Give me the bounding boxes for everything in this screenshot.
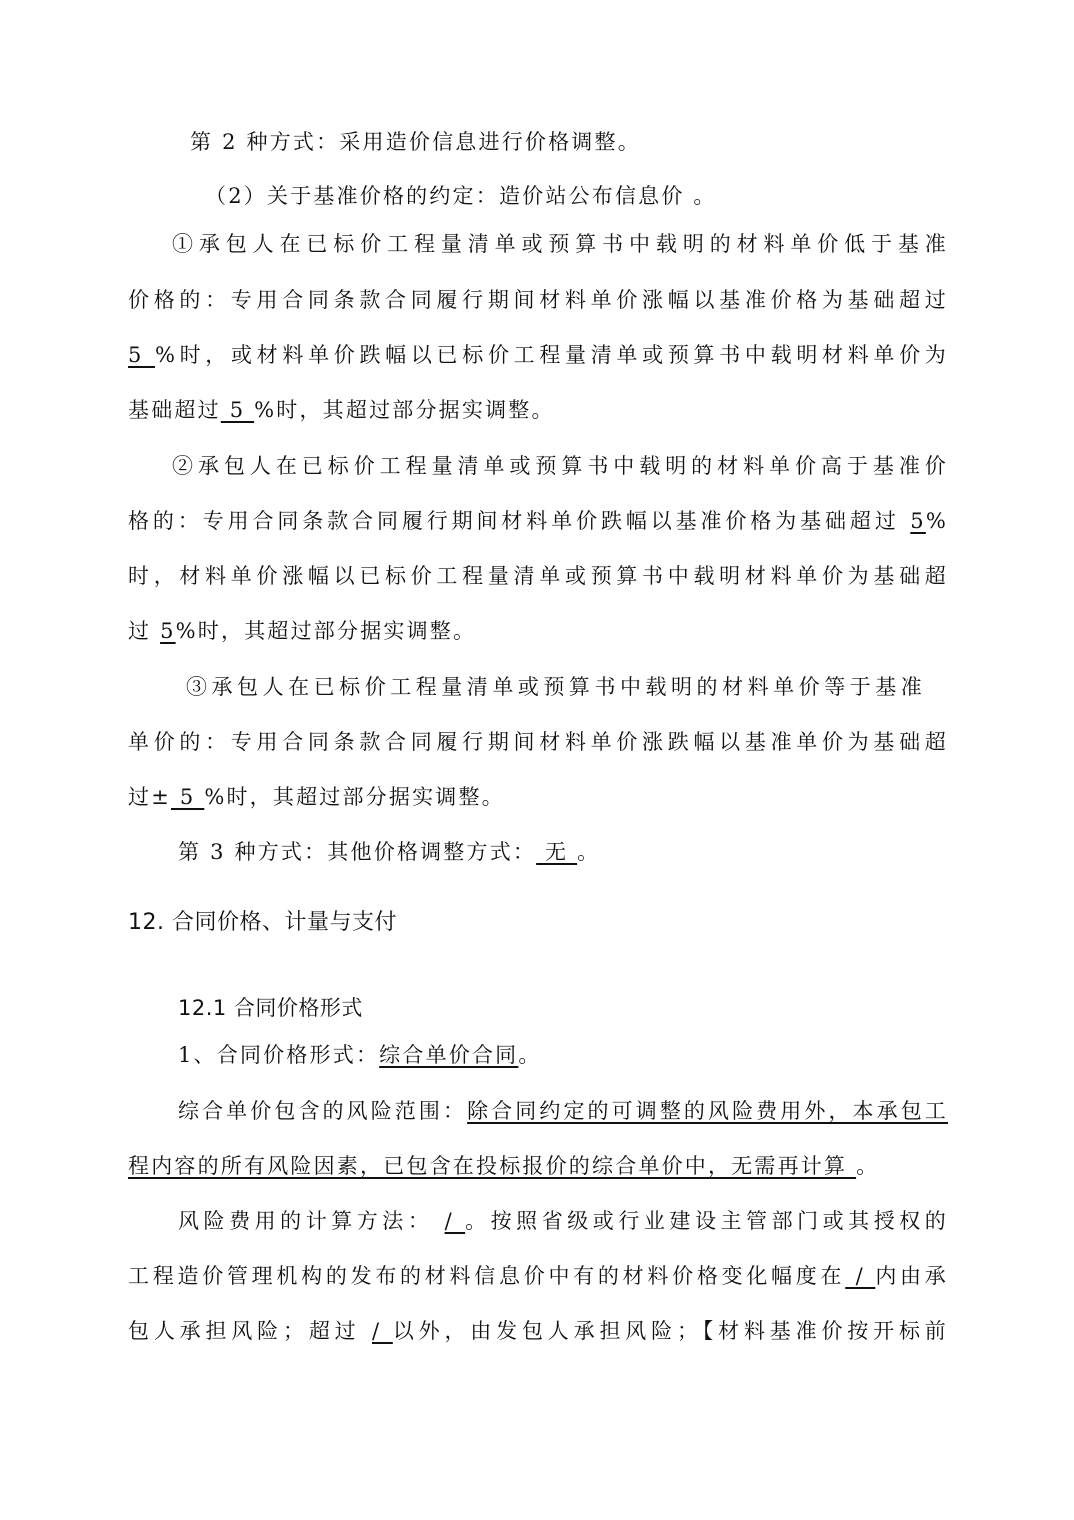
paragraph-case-3-line-2: 单价的：专用合同条款合同履行期间材料单价涨跌幅以基准单价为基础超	[128, 728, 948, 756]
text: 过±	[128, 785, 171, 809]
paragraph-case-2-line-1: ②承包人在已标价工程量清单或预算书中载明的材料单价高于基准价	[172, 452, 948, 480]
text: 内由承	[875, 1264, 948, 1288]
paragraph-case-1-line-3: 5 %时，或材料单价跌幅以已标价工程量清单或预算书中载明材料单价为	[128, 341, 948, 369]
blank-value: 无	[536, 840, 577, 864]
text: 过	[128, 619, 160, 643]
text: 1、合同价格形式：	[178, 1043, 379, 1067]
paragraph-case-1-line-2: 价格的：专用合同条款合同履行期间材料单价涨幅以基准价格为基础超过	[128, 286, 948, 314]
blank-value: /	[445, 1209, 466, 1233]
blank-value: 5	[910, 509, 926, 533]
text: 价格的：专用合同条款合同履行期间材料单价涨幅以基准价格为基础超过	[128, 288, 948, 312]
section-heading-12: 12. 合同价格、计量与支付	[128, 908, 397, 938]
blank-value: 综合单价合同	[379, 1043, 518, 1067]
paragraph-case-3-line-3: 过± 5 %时，其超过部分据实调整。	[128, 783, 505, 811]
text: 单价的：专用合同条款合同履行期间材料单价涨跌幅以基准单价为基础超	[128, 730, 948, 754]
text: 基础超过	[128, 398, 221, 422]
paragraph-case-1-line-1: ①承包人在已标价工程量清单或预算书中载明的材料单价低于基准	[172, 230, 948, 258]
paragraph-contract-price-form: 1、合同价格形式：综合单价合同。	[178, 1041, 542, 1069]
text: 。	[577, 840, 600, 864]
text: ②承包人在已标价工程量清单或预算书中载明的材料单价高于基准价	[172, 454, 948, 478]
text: 第 2 种方式：采用造价信息进行价格调整。	[190, 130, 641, 154]
text: ③承包人在已标价工程量清单或预算书中载明的材料单价等于基准	[186, 675, 924, 699]
paragraph-case-3-line-1: ③承包人在已标价工程量清单或预算书中载明的材料单价等于基准	[186, 673, 924, 701]
paragraph-case-2-line-4: 过 5%时，其超过部分据实调整。	[128, 617, 476, 645]
text: 。	[518, 1043, 541, 1067]
blank-value: 5	[171, 785, 204, 809]
text: 工程造价管理机构的发布的材料信息价中有的材料价格变化幅度在	[128, 1264, 845, 1288]
paragraph-case-1-line-4: 基础超过 5 %时，其超过部分据实调整。	[128, 396, 555, 424]
paragraph-risk-scope-line-1: 综合单价包含的风险范围：除合同约定的可调整的风险费用外，本承包工	[178, 1097, 948, 1125]
text: 风险费用的计算方法：	[178, 1209, 445, 1233]
paragraph-risk-calc-line-2: 工程造价管理机构的发布的材料信息价中有的材料价格变化幅度在 / 内由承	[128, 1262, 948, 1290]
text: %时，其超过部分据实调整。	[204, 785, 505, 809]
text: 时，材料单价涨幅以已标价工程量清单或预算书中载明材料单价为基础超	[128, 564, 948, 588]
blank-value: 5	[160, 619, 176, 643]
blank-value: 5	[221, 398, 254, 422]
text: %时，或材料单价跌幅以已标价工程量清单或预算书中载明材料单价为	[155, 343, 948, 367]
paragraph-risk-calc-line-1: 风险费用的计算方法： / 。按照省级或行业建设主管部门或其授权的	[178, 1207, 948, 1235]
text: 第 3 种方式：其他价格调整方式：	[178, 840, 536, 864]
section-heading-12-1: 12.1 合同价格形式	[178, 993, 363, 1023]
text: ①承包人在已标价工程量清单或预算书中载明的材料单价低于基准	[172, 232, 948, 256]
paragraph-method-3: 第 3 种方式：其他价格调整方式： 无 。	[178, 838, 600, 866]
text: 。按照省级或行业建设主管部门或其授权的	[465, 1209, 948, 1233]
paragraph-base-price: （2）关于基准价格的约定：造价站公布信息价 。	[205, 182, 717, 210]
text: %时，其超过部分据实调整。	[176, 619, 477, 643]
paragraph-case-2-line-3: 时，材料单价涨幅以已标价工程量清单或预算书中载明材料单价为基础超	[128, 562, 948, 590]
paragraph-method-2: 第 2 种方式：采用造价信息进行价格调整。	[190, 128, 641, 156]
paragraph-risk-scope-line-2: 程内容的所有风险因素，已包含在投标报价的综合单价中，无需再计算 。	[128, 1152, 879, 1180]
text: %时，其超过部分据实调整。	[254, 398, 555, 422]
blank-value: 程内容的所有风险因素，已包含在投标报价的综合单价中，无需再计算	[128, 1154, 856, 1178]
text: 综合单价包含的风险范围：	[178, 1099, 467, 1123]
text: 格的：专用合同条款合同履行期间材料单价跌幅以基准价格为基础超过	[128, 509, 910, 533]
blank-value: /	[845, 1264, 875, 1288]
text: 以外，由发包人承担风险；【材料基准价按开标前	[393, 1319, 948, 1343]
paragraph-risk-calc-line-3: 包人承担风险；超过 / 以外，由发包人承担风险；【材料基准价按开标前	[128, 1317, 948, 1345]
blank-value: 除合同约定的可调整的风险费用外，本承包工	[467, 1099, 948, 1123]
text: （2）关于基准价格的约定：造价站公布信息价 。	[205, 184, 717, 208]
blank-value: /	[372, 1319, 393, 1343]
text: 。	[856, 1154, 879, 1178]
text: 包人承担风险；超过	[128, 1319, 372, 1343]
paragraph-case-2-line-2: 格的：专用合同条款合同履行期间材料单价跌幅以基准价格为基础超过 5%	[128, 507, 948, 535]
blank-value: 5	[128, 343, 155, 367]
text: %	[926, 509, 948, 533]
